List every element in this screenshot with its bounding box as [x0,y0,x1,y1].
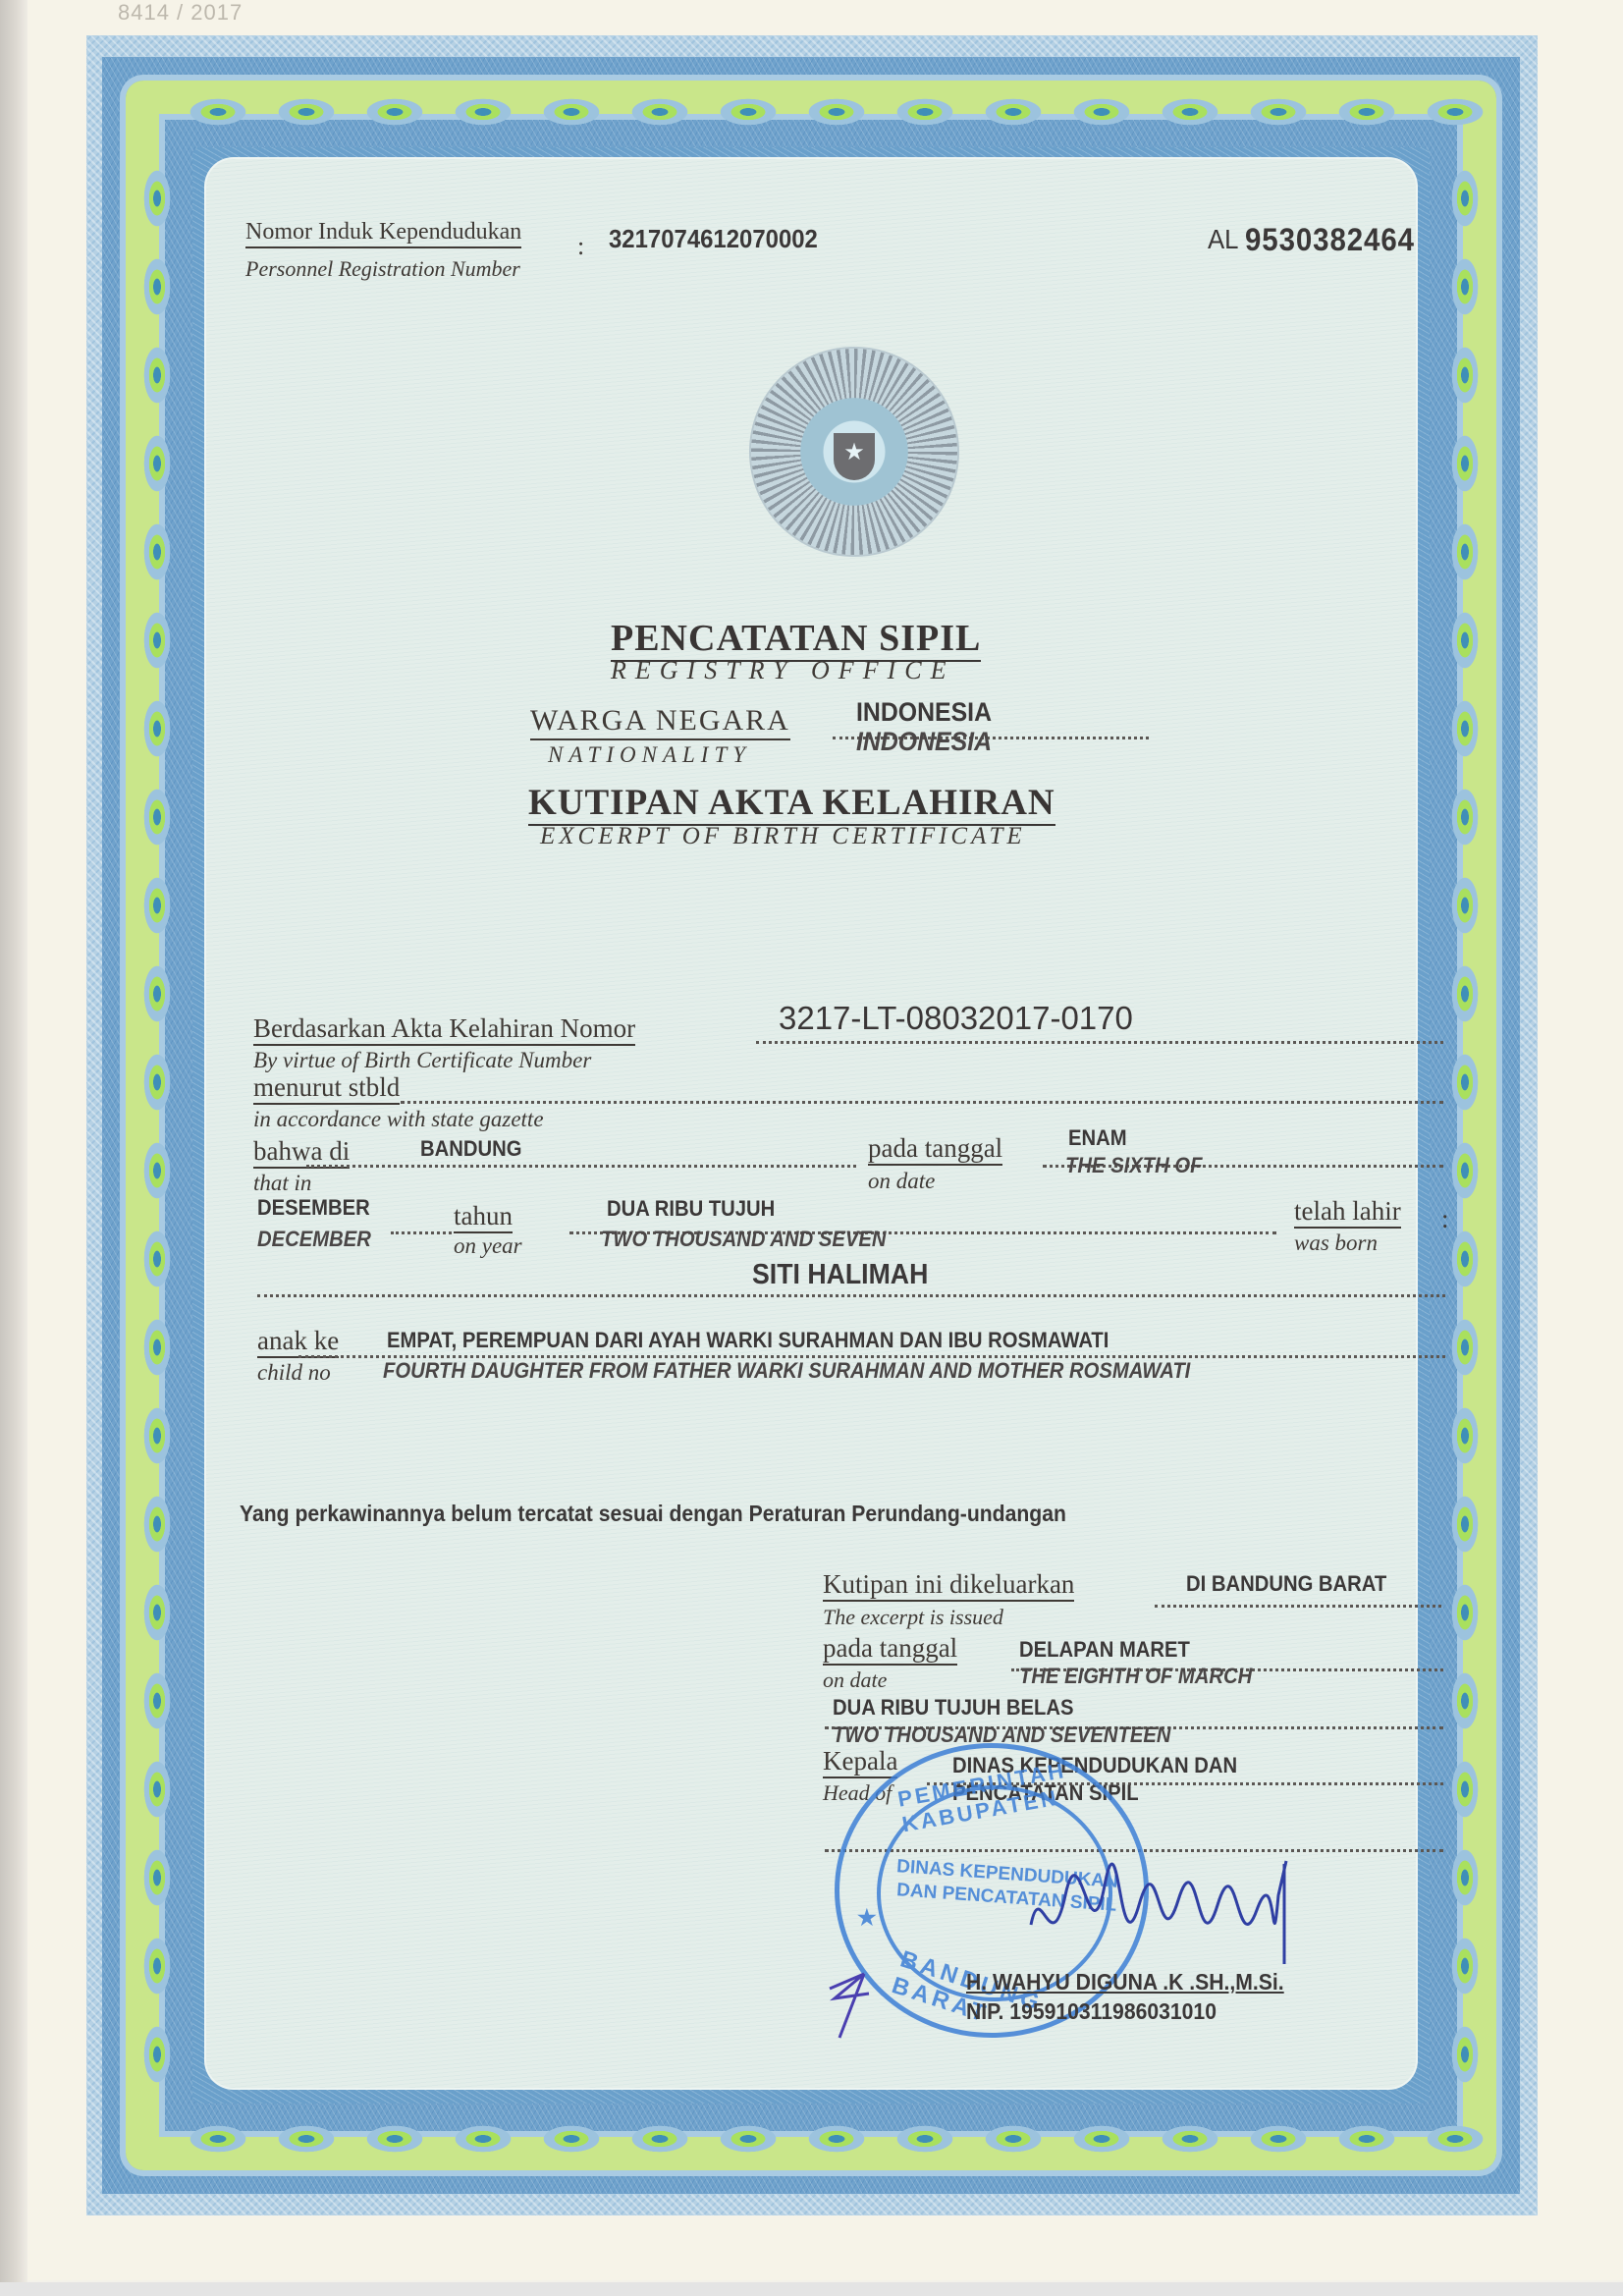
border-ornament-icon [893,97,956,127]
border-ornament-icon [275,97,338,127]
document-title-en: EXCERPT OF BIRTH CERTIFICATE [540,823,1026,850]
border-ornament-icon [628,97,691,127]
birth-date-value-en: THE SIXTH OF [1065,1153,1202,1178]
border-ornament-icon [1450,255,1480,318]
scan-edge-bottom [0,2282,1623,2296]
nationality-label: WARGA NEGARA [530,705,790,740]
border-ornament-icon [142,255,172,318]
head-label: Kepala [823,1747,897,1778]
born-label-en: was born [1294,1230,1378,1256]
border-ornament-icon [1247,97,1310,127]
issued-place-value: DI BANDUNG BARAT [1186,1571,1386,1597]
marriage-note: Yang perkawinannya belum tercatat sesuai… [240,1501,1066,1527]
border-ornament-icon [187,2124,249,2154]
cert-number-dotted-line [756,1041,1443,1044]
issued-label: Kutipan ini dikeluarkan [823,1570,1074,1602]
border-ornament-icon [1450,1935,1480,1997]
border-ornament-icon [363,97,426,127]
border-ornament-icon [1450,1316,1480,1379]
paraf-initial [825,1954,884,2043]
border-ornament-icon [187,97,249,127]
border-ornament-icon [142,167,172,230]
border-ornament-icon [142,1935,172,1997]
border-ornament-icon [142,1404,172,1467]
border-ornament-icon [142,1493,172,1556]
border-ornament-icon [142,1669,172,1732]
border-ornament-icon [142,432,172,495]
border-ornament-icon [1450,1758,1480,1821]
archive-number: 8414 / 2017 [118,0,243,26]
cert-number-label-en: By virtue of Birth Certificate Number [253,1048,591,1073]
border-ornament-icon [1450,1404,1480,1467]
border-ornament-icon [1450,1669,1480,1732]
border-ornament-icon [1450,609,1480,672]
border-ornament-icon [540,97,603,127]
border-ornament-icon [142,344,172,407]
child-no-value: EMPAT, PEREMPUAN DARI AYAH WARKI SURAHMA… [387,1328,1109,1353]
border-ornament-icon [1450,520,1480,583]
official-nip: NIP. 195910311986031010 [966,1998,1217,2025]
place-dotted-line [306,1165,856,1168]
child-name-dotted-line [257,1294,1445,1297]
nik-colon: : [577,232,584,261]
border-ornament-icon [142,1139,172,1202]
star-icon: ★ [840,439,868,466]
birth-month-dotted-line [391,1231,452,1234]
child-no-label-en: child no [257,1360,331,1386]
border-ornament-icon [275,2124,338,2154]
office-title-en: REGISTRY OFFICE [611,656,954,685]
cert-number-label: Berdasarkan Akta Kelahiran Nomor [253,1014,635,1046]
official-name: H. WAHYU DIGUNA .K .SH.,M.Si. [966,1969,1284,1995]
serial-number: 9530382464 [1245,222,1415,258]
nik-value: 3217074612070002 [609,224,818,254]
child-no-label: anak ke [257,1327,339,1358]
birth-year-value: DUA RIBU TUJUH [607,1196,775,1222]
border-ornament-icon [717,2124,780,2154]
border-ornament-icon [1450,1846,1480,1909]
border-ornament-icon [1450,1493,1480,1556]
nationality-value-en: INDONESIA [856,727,992,757]
border-ornament-icon [142,1228,172,1290]
birth-date-label: pada tanggal [868,1134,1002,1166]
border-ornament-icon [452,97,514,127]
border-ornament-icon [142,874,172,937]
border-ornament-icon [1335,97,1398,127]
border-ornament-icon [142,1758,172,1821]
nik-label-en: Personnel Registration Number [245,256,520,282]
border-ornament-icon [1450,432,1480,495]
document-title: KUTIPAN AKTA KELAHIRAN [528,782,1055,826]
border-ornament-icon [1424,2124,1487,2154]
place-value: BANDUNG [420,1136,521,1162]
border-ornament-icon [142,1051,172,1114]
border-ornament-icon [1247,2124,1310,2154]
border-ornament-icon [893,2124,956,2154]
border-ornament-icon [142,962,172,1025]
border-ornament-icon [1450,786,1480,848]
border-ornament-icon [1070,2124,1133,2154]
issued-date-value-en: THE EIGHTH OF MARCH [1019,1664,1252,1689]
serial-prefix: AL [1208,224,1239,255]
birth-month-value: DESEMBER [257,1195,370,1221]
border-ornament-icon [142,697,172,760]
issued-date-label-en: on date [823,1667,887,1693]
border-ornament-icon [1450,1581,1480,1644]
place-label-en: that in [253,1171,311,1196]
nik-label: Nomor Induk Kependudukan [245,220,521,248]
issued-year-value: DUA RIBU TUJUH BELAS [833,1695,1074,1721]
issued-date-label: pada tanggal [823,1634,957,1666]
border-ornament-icon [1450,697,1480,760]
stbld-label-en: in accordance with state gazette [253,1107,544,1132]
border-ornament-icon [142,1581,172,1644]
child-no-value-en: FOURTH DAUGHTER FROM FATHER WARKI SURAHM… [383,1358,1190,1384]
border-ornament-icon [142,609,172,672]
border-ornament-icon [1070,97,1133,127]
border-ornament-icon [1450,167,1480,230]
border-ornament-icon [1159,2124,1221,2154]
issued-date-value: DELAPAN MARET [1019,1637,1190,1663]
stbld-dotted-line [401,1101,1443,1104]
birth-date-label-en: on date [868,1169,935,1194]
birth-year-label: tahun [454,1202,513,1233]
border-ornament-icon [982,97,1045,127]
border-ornament-icon [142,520,172,583]
border-ornament-icon [1450,874,1480,937]
border-ornament-icon [540,2124,603,2154]
border-ornament-icon [452,2124,514,2154]
border-ornament-icon [1450,1051,1480,1114]
scan-edge [0,0,27,2296]
border-ornament-icon [805,2124,868,2154]
border-ornament-icon [1424,97,1487,127]
border-ornament-icon [1450,344,1480,407]
border-ornament-icon [142,786,172,848]
border-ornament-icon [1450,2023,1480,2086]
cert-number-value: 3217-LT-08032017-0170 [779,1000,1133,1037]
stbld-label: menurut stbld [253,1073,400,1105]
issued-label-en: The excerpt is issued [823,1605,1003,1630]
border-ornament-icon [1335,2124,1398,2154]
border-ornament-icon [805,97,868,127]
birth-year-value-en: TWO THOUSAND AND SEVEN [601,1227,886,1252]
border-ornament-icon [1159,97,1221,127]
birth-date-value: ENAM [1068,1125,1127,1151]
border-ornament-icon [628,2124,691,2154]
child-name: SITI HALIMAH [752,1259,928,1291]
border-ornament-icon [717,97,780,127]
border-ornament-icon [1450,962,1480,1025]
border-ornament-icon [982,2124,1045,2154]
border-ornament-icon [142,2023,172,2086]
garuda-emblem-icon: ★ [751,349,957,555]
born-label: telah lahir [1294,1197,1401,1229]
stamp-star-icon: ★ [857,1905,877,1931]
border-ornament-icon [142,1316,172,1379]
border-ornament-icon [1450,1228,1480,1290]
border-ornament-icon [1450,1139,1480,1202]
birth-year-label-en: on year [454,1233,522,1259]
issued-place-dotted-line [1155,1605,1441,1608]
border-ornament-icon [142,1846,172,1909]
birth-month-value-en: DECEMBER [257,1227,371,1252]
border-ornament-icon [363,2124,426,2154]
nationality-value: INDONESIA [856,697,992,728]
nationality-label-en: NATIONALITY [548,742,751,768]
born-colon: : [1441,1204,1449,1234]
signature [1021,1856,1335,1984]
